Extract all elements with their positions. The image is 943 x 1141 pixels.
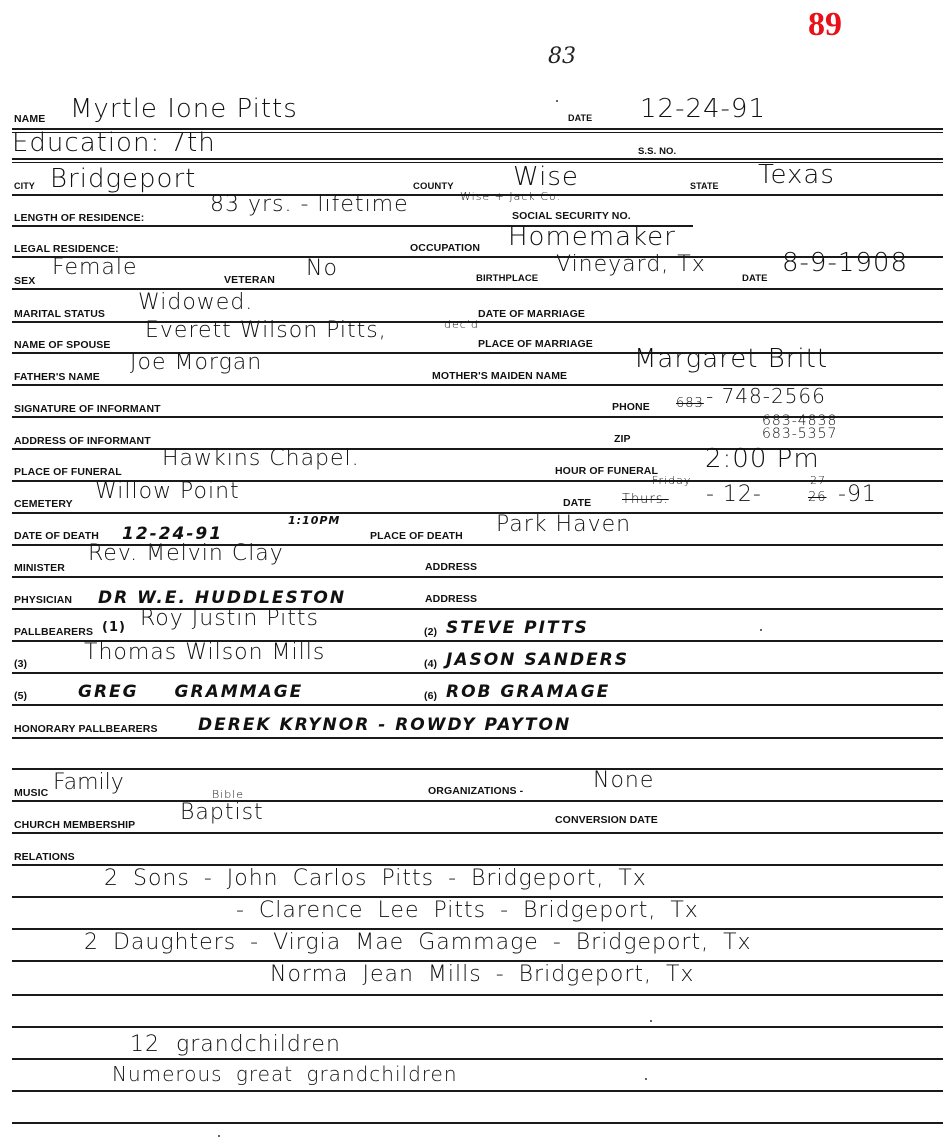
social-security-label: SOCIAL SECURITY NO. [512,210,631,222]
relations-line-2[interactable]: - Clarence Lee Pitts - Bridgeport, Tx [236,898,699,923]
father-label: FATHER'S NAME [14,371,100,383]
minister-value[interactable]: Rev. Melvin Clay [88,541,284,566]
sex-value[interactable]: Female [52,255,138,280]
page-number: 89 [808,6,842,44]
ss-no-label: S.S. NO. [638,146,676,157]
scan-speck [650,1020,652,1022]
funeral-date-suffix[interactable]: -91 [838,482,877,507]
rule [12,1058,943,1060]
rule [12,768,943,770]
city-label: CITY [14,181,35,191]
pallbearer-6-num: (6) [424,690,437,702]
relations-line-4[interactable]: Norma Jean Mills - Bridgeport, Tx [270,962,694,987]
signature-of-informant-label: SIGNATURE OF INFORMANT [14,403,161,415]
hour-of-funeral-label: HOUR OF FUNERAL [555,465,658,477]
spouse-label: NAME OF SPOUSE [14,339,111,351]
rule [12,672,943,674]
education-value[interactable]: Education: 7th [12,128,216,158]
marital-status-label: MARITAL STATUS [14,308,105,320]
phone-struck: 683 [676,396,704,411]
pallbearer-2-name[interactable]: STEVE PITTS [446,618,589,638]
minister-label: MINISTER [14,562,65,574]
organizations-label: ORGANIZATIONS - [428,785,523,797]
marital-status-value[interactable]: Widowed. [138,290,253,315]
funeral-day-value[interactable]: Friday [652,474,691,487]
minister-address-label: ADDRESS [425,561,477,573]
length-of-residence-value[interactable]: 83 yrs. - lifetime [210,192,409,217]
pallbearer-3-num: (3) [14,658,27,670]
physician-address-label: ADDRESS [425,593,477,605]
pallbearer-5-num: (5) [14,690,27,702]
address-of-informant-label: ADDRESS OF INFORMANT [14,435,151,447]
conversion-date-label: CONVERSION DATE [555,814,658,826]
pallbearer-3-name[interactable]: Thomas Wilson Mills [84,640,325,665]
relations-label: RELATIONS [14,851,75,863]
rule [12,704,943,706]
relations-line-1[interactable]: 2 Sons - John Carlos Pitts - Bridgeport,… [104,866,647,891]
zip-value-2[interactable]: 683-5357 [762,426,837,442]
scan-speck [760,629,762,631]
rule [12,832,943,834]
occupation-value[interactable]: Homemaker [508,222,676,252]
date-of-death-label: DATE OF DEATH [14,530,99,542]
state-label: STATE [690,181,719,191]
date-of-marriage-label: DATE OF MARRIAGE [478,308,585,320]
rule [12,1026,943,1028]
date-label: DATE [568,113,592,123]
legal-residence-label: LEGAL RESIDENCE: [14,243,119,255]
pallbearer-6-name[interactable]: ROB GRAMAGE [446,682,610,702]
top-note: 83 [548,44,576,69]
pallbearer-1-name[interactable]: Roy Justin Pitts [140,606,319,631]
funeral-day-struck: Thurs. [622,492,669,507]
date-value[interactable]: 12-24-91 [640,94,766,124]
birthplace-label: BIRTHPLACE [476,273,538,284]
birth-date-value[interactable]: 8-9-1908 [782,248,908,278]
pallbearer-5-name[interactable]: GREG GRAMMAGE [78,682,303,702]
place-of-funeral-label: PLACE OF FUNERAL [14,466,122,478]
rule [12,576,943,578]
rule [12,1122,943,1124]
phone-value[interactable]: - 748-2566 [706,384,826,408]
hour-of-funeral-value[interactable]: 2:00 Pm [705,444,820,474]
scan-speck [645,1078,647,1080]
county-value[interactable]: Wise [513,162,579,192]
cemetery-label: CEMETERY [14,498,73,510]
time-of-death-value[interactable]: 1:10PM [288,514,340,527]
spouse-note: dec'd [444,318,479,331]
veteran-value[interactable]: No [306,256,338,281]
sex-label: SEX [14,275,35,287]
pallbearer-2-num: (2) [424,626,437,638]
place-of-funeral-value[interactable]: Hawkins Chapel. [162,446,360,471]
honorary-pallbearers-value[interactable]: DEREK KRYNOR - ROWDY PAYTON [198,715,571,735]
funeral-date-prefix[interactable]: - 12- [706,482,762,507]
birth-date-label: DATE [742,273,768,284]
length-of-residence-note: Wise + Jack Co. [460,190,561,203]
rule [12,1090,943,1092]
scan-speck [218,1135,220,1137]
physician-label: PHYSICIAN [14,594,72,606]
music-label: MUSIC [14,787,48,799]
pallbearer-4-num: (4) [424,658,437,670]
zip-label: ZIP [614,433,631,445]
veteran-label: VETERAN [224,274,275,286]
mother-label: MOTHER'S MAIDEN NAME [432,370,567,382]
funeral-date-digit[interactable]: 27 [810,474,826,487]
relations-line-3[interactable]: 2 Daughters - Virgia Mae Gammage - Bridg… [84,930,752,955]
relations-line-7[interactable]: Numerous great grandchildren [112,1062,458,1086]
occupation-label: OCCUPATION [410,242,480,254]
city-value[interactable]: Bridgeport [50,164,196,194]
scan-speck [556,100,558,102]
state-value[interactable]: Texas [758,160,835,190]
name-value[interactable]: Myrtle Ione Pitts [70,94,298,124]
church-membership-value[interactable]: Baptist [180,800,264,825]
place-of-marriage-label: PLACE OF MARRIAGE [478,338,593,350]
length-of-residence-label: LENGTH OF RESIDENCE: [14,212,144,224]
music-value[interactable]: Family [53,770,124,795]
pallbearer-1-num: (1) [102,620,126,635]
place-of-death-value[interactable]: Park Haven [496,512,631,537]
rule [12,512,943,514]
mother-value[interactable]: Margaret Britt [634,344,828,374]
phone-label: PHONE [612,401,650,413]
birthplace-value[interactable]: Vineyard, Tx [556,252,706,277]
pallbearer-4-name[interactable]: JASON SANDERS [446,650,629,670]
funeral-date-struck-digit: 26 [808,490,827,505]
rule [12,994,943,996]
place-of-death-label: PLACE OF DEATH [370,530,463,542]
father-value[interactable]: Joe Morgan [130,350,262,375]
spouse-value[interactable]: Everett Wilson Pitts, [145,318,387,343]
funeral-date-label: DATE [563,497,591,509]
church-membership-label: CHURCH MEMBERSHIP [14,819,135,831]
organizations-value[interactable]: None [593,768,654,793]
physician-value[interactable]: DR W.E. HUDDLESTON [98,588,346,608]
name-label: NAME [14,113,45,125]
cemetery-value[interactable]: Willow Point [95,479,240,504]
pallbearers-label: PALLBEARERS [14,626,93,638]
honorary-pallbearers-label: HONORARY PALLBEARERS [14,723,158,735]
county-label: COUNTY [413,181,454,192]
relations-line-6[interactable]: 12 grandchildren [130,1032,341,1057]
rule [12,737,943,739]
rule [12,800,943,802]
